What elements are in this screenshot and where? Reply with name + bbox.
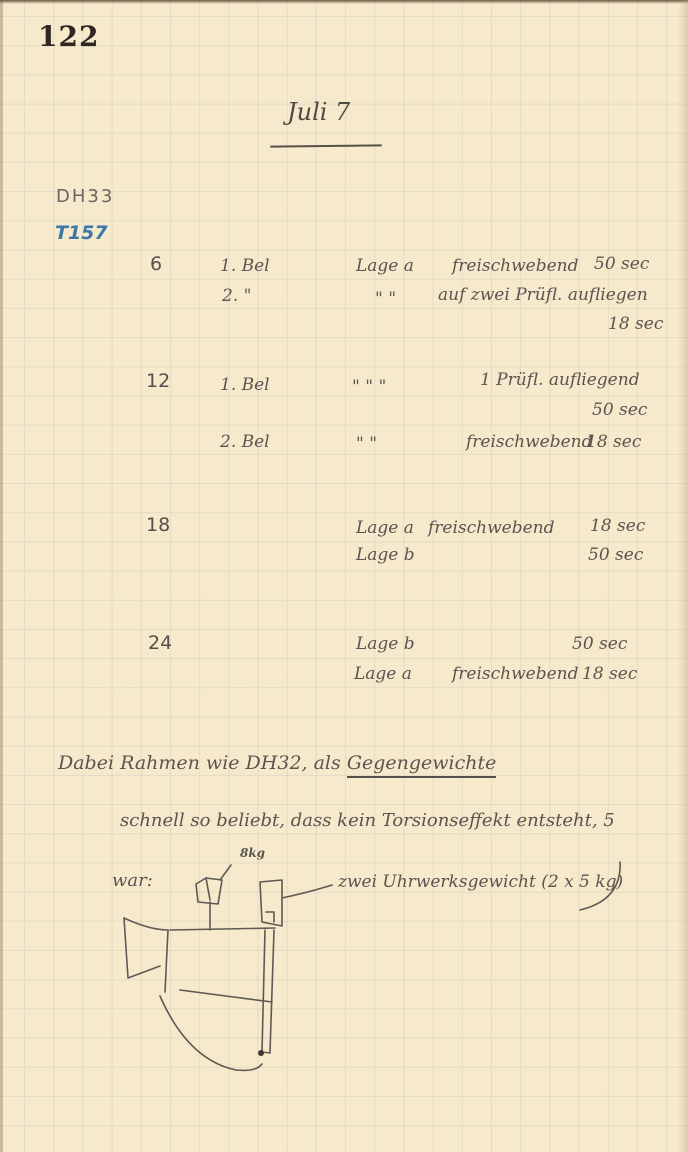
apparatus-sketch-icon <box>0 0 688 1152</box>
notebook-page: 122 Juli 7 DH33 T157 6 1. Bel Lage a fre… <box>0 0 688 1152</box>
pivot-icon <box>258 1050 264 1056</box>
